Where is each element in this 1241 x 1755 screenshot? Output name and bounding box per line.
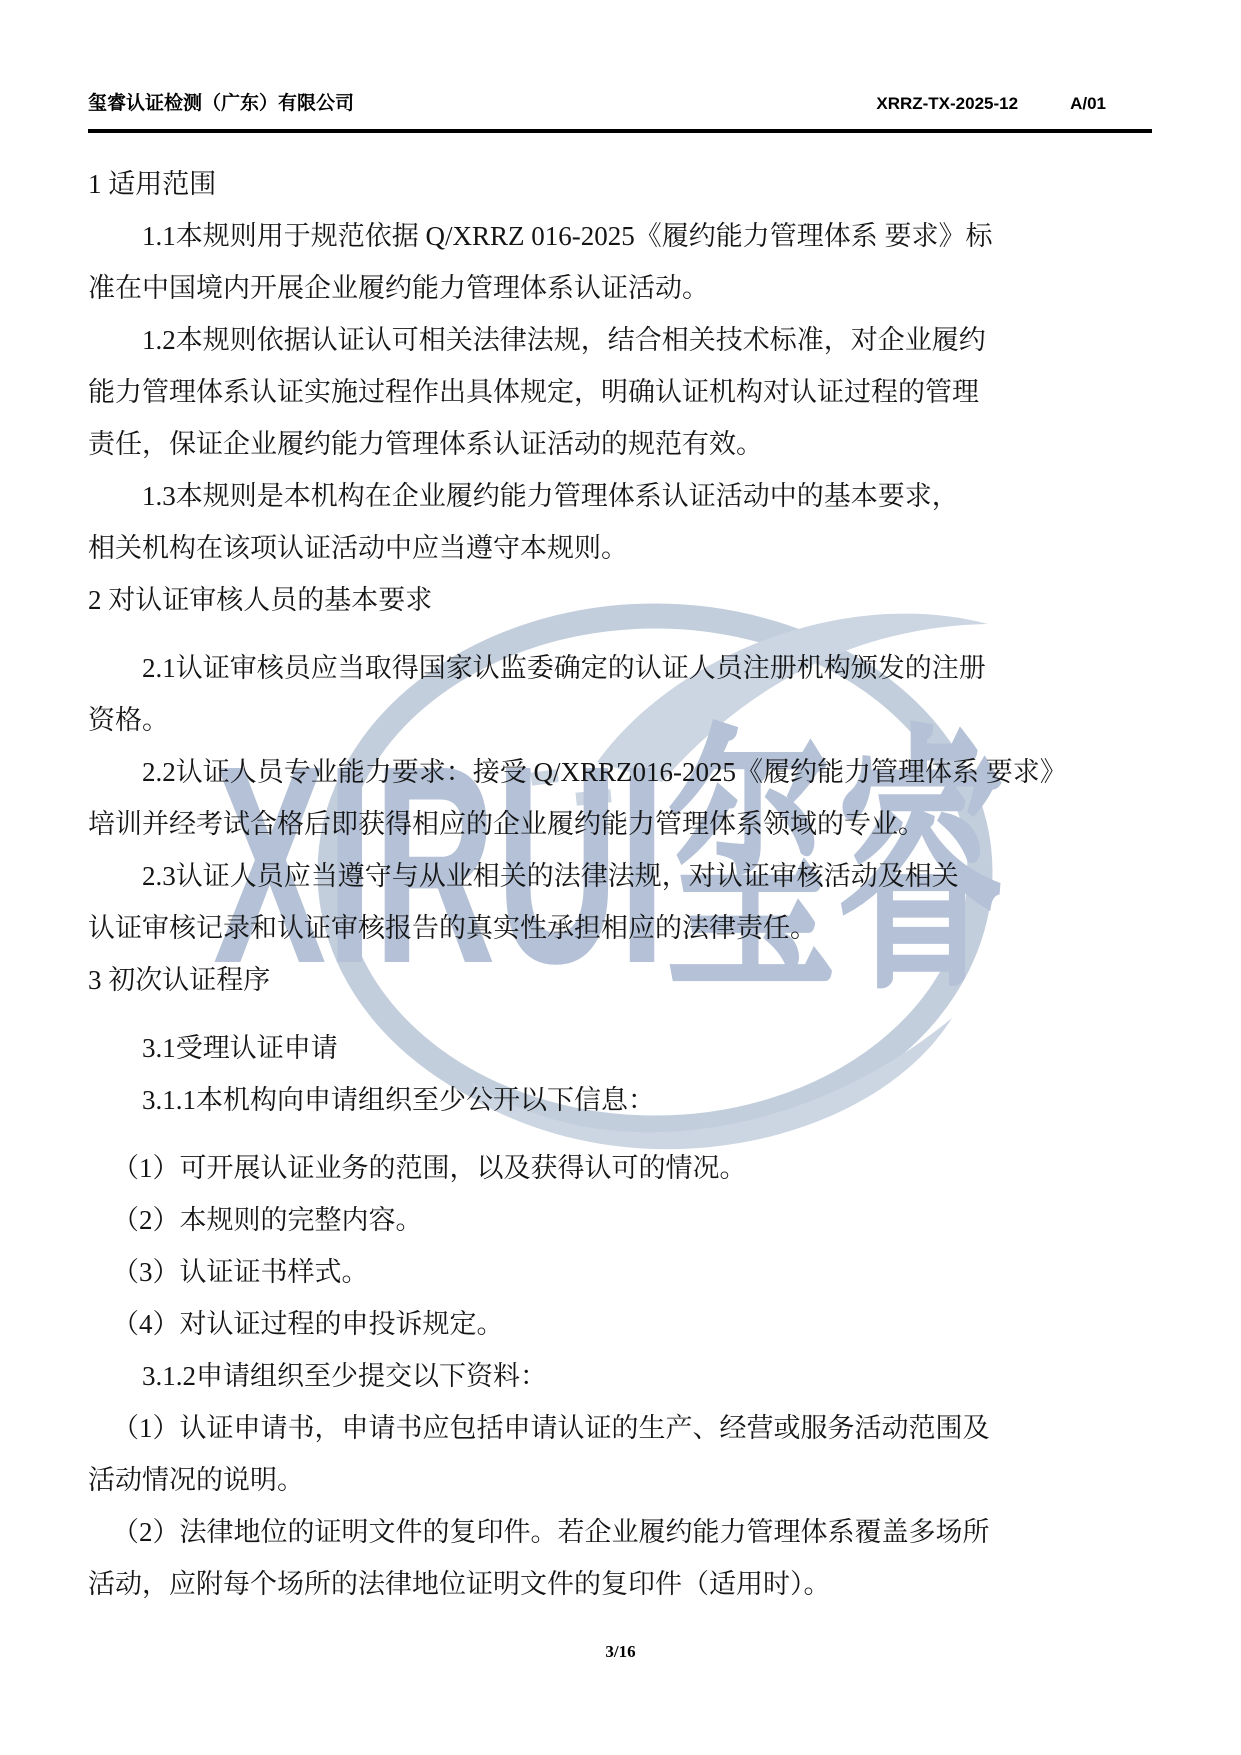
list-item: （3）认证证书样式。 — [88, 1246, 1155, 1298]
section-heading: 3 初次认证程序 — [88, 954, 1155, 1006]
header-company-name: 玺睿认证检测（广东）有限公司 — [88, 88, 354, 115]
text-line: 1.2本规则依据认证认可相关法律法规，结合相关技术标准，对企业履约 — [88, 314, 1155, 366]
paragraph: 2.2认证人员专业能力要求：接受 Q/XRRZ016-2025《履约能力管理体系… — [88, 746, 1155, 850]
text-line: 认证审核记录和认证审核报告的真实性承担相应的法律责任。 — [88, 902, 1155, 954]
list-item: （2）法律地位的证明文件的复印件。若企业履约能力管理体系覆盖多场所活动，应附每个… — [88, 1506, 1155, 1610]
list-item: （1）可开展认证业务的范围，以及获得认可的情况。 — [88, 1142, 1155, 1194]
text-line: （1）可开展认证业务的范围，以及获得认可的情况。 — [88, 1142, 1155, 1194]
paragraph: 2.1认证审核员应当取得国家认监委确定的认证人员注册机构颁发的注册资格。 — [88, 642, 1155, 746]
paragraph: 3.1.1本机构向申请组织至少公开以下信息： — [88, 1074, 1155, 1126]
page-header: 玺睿认证检测（广东）有限公司 XRRZ-TX-2025-12 A/01 — [88, 88, 1152, 115]
paragraph: 1.3本规则是本机构在企业履约能力管理体系认证活动中的基本要求，相关机构在该项认… — [88, 470, 1155, 574]
header-doc-number: XRRZ-TX-2025-12 — [876, 94, 1018, 114]
paragraph: 3.1受理认证申请 — [88, 1022, 1155, 1074]
document-page: 玺睿认证检测（广东）有限公司 XRRZ-TX-2025-12 A/01 XIRU… — [0, 0, 1241, 1755]
text-line: 活动情况的说明。 — [88, 1454, 1155, 1506]
list-item: （1）认证申请书，申请书应包括申请认证的生产、经营或服务活动范围及活动情况的说明… — [88, 1402, 1155, 1506]
section-heading: 2 对认证审核人员的基本要求 — [88, 574, 1155, 626]
page-number: 3/16 — [605, 1642, 635, 1661]
paragraph: 1.1本规则用于规范依据 Q/XRRZ 016-2025《履约能力管理体系 要求… — [88, 210, 1155, 314]
text-line: 责任，保证企业履约能力管理体系认证活动的规范有效。 — [88, 418, 1155, 470]
text-line: 能力管理体系认证实施过程作出具体规定，明确认证机构对认证过程的管理 — [88, 366, 1155, 418]
text-line: 培训并经考试合格后即获得相应的企业履约能力管理体系领域的专业。 — [88, 798, 1155, 850]
paragraph: 2.3认证人员应当遵守与从业相关的法律法规，对认证审核活动及相关认证审核记录和认… — [88, 850, 1155, 954]
document-body: 1 适用范围1.1本规则用于规范依据 Q/XRRZ 016-2025《履约能力管… — [88, 158, 1155, 1610]
list-item: （2）本规则的完整内容。 — [88, 1194, 1155, 1246]
text-line: 3.1受理认证申请 — [88, 1022, 1155, 1074]
text-line: （3）认证证书样式。 — [88, 1246, 1155, 1298]
text-line: 3 初次认证程序 — [88, 954, 1155, 1006]
text-line: 准在中国境内开展企业履约能力管理体系认证活动。 — [88, 262, 1155, 314]
header-rule — [88, 129, 1152, 133]
paragraph: 1.2本规则依据认证认可相关法律法规，结合相关技术标准，对企业履约能力管理体系认… — [88, 314, 1155, 470]
text-line: 2.3认证人员应当遵守与从业相关的法律法规，对认证审核活动及相关 — [88, 850, 1155, 902]
paragraph: 3.1.2申请组织至少提交以下资料： — [88, 1350, 1155, 1402]
text-line: 2 对认证审核人员的基本要求 — [88, 574, 1155, 626]
text-line: 3.1.2申请组织至少提交以下资料： — [88, 1350, 1155, 1402]
text-line: 1.1本规则用于规范依据 Q/XRRZ 016-2025《履约能力管理体系 要求… — [88, 210, 1155, 262]
text-line: 2.2认证人员专业能力要求：接受 Q/XRRZ016-2025《履约能力管理体系… — [88, 746, 1155, 798]
section-heading: 1 适用范围 — [88, 158, 1155, 210]
page-footer: 3/16 — [0, 1642, 1241, 1662]
text-line: （2）本规则的完整内容。 — [88, 1194, 1155, 1246]
text-line: 相关机构在该项认证活动中应当遵守本规则。 — [88, 522, 1155, 574]
text-line: 1.3本规则是本机构在企业履约能力管理体系认证活动中的基本要求， — [88, 470, 1155, 522]
header-doc-info: XRRZ-TX-2025-12 A/01 — [876, 94, 1106, 114]
text-line: 3.1.1本机构向申请组织至少公开以下信息： — [88, 1074, 1155, 1126]
text-line: （1）认证申请书，申请书应包括申请认证的生产、经营或服务活动范围及 — [88, 1402, 1155, 1454]
list-item: （4）对认证过程的申投诉规定。 — [88, 1298, 1155, 1350]
header-version-code: A/01 — [1070, 94, 1106, 114]
text-line: 活动，应附每个场所的法律地位证明文件的复印件（适用时）。 — [88, 1558, 1155, 1610]
text-line: 资格。 — [88, 694, 1155, 746]
text-line: 1 适用范围 — [88, 158, 1155, 210]
text-line: （2）法律地位的证明文件的复印件。若企业履约能力管理体系覆盖多场所 — [88, 1506, 1155, 1558]
text-line: 2.1认证审核员应当取得国家认监委确定的认证人员注册机构颁发的注册 — [88, 642, 1155, 694]
text-line: （4）对认证过程的申投诉规定。 — [88, 1298, 1155, 1350]
